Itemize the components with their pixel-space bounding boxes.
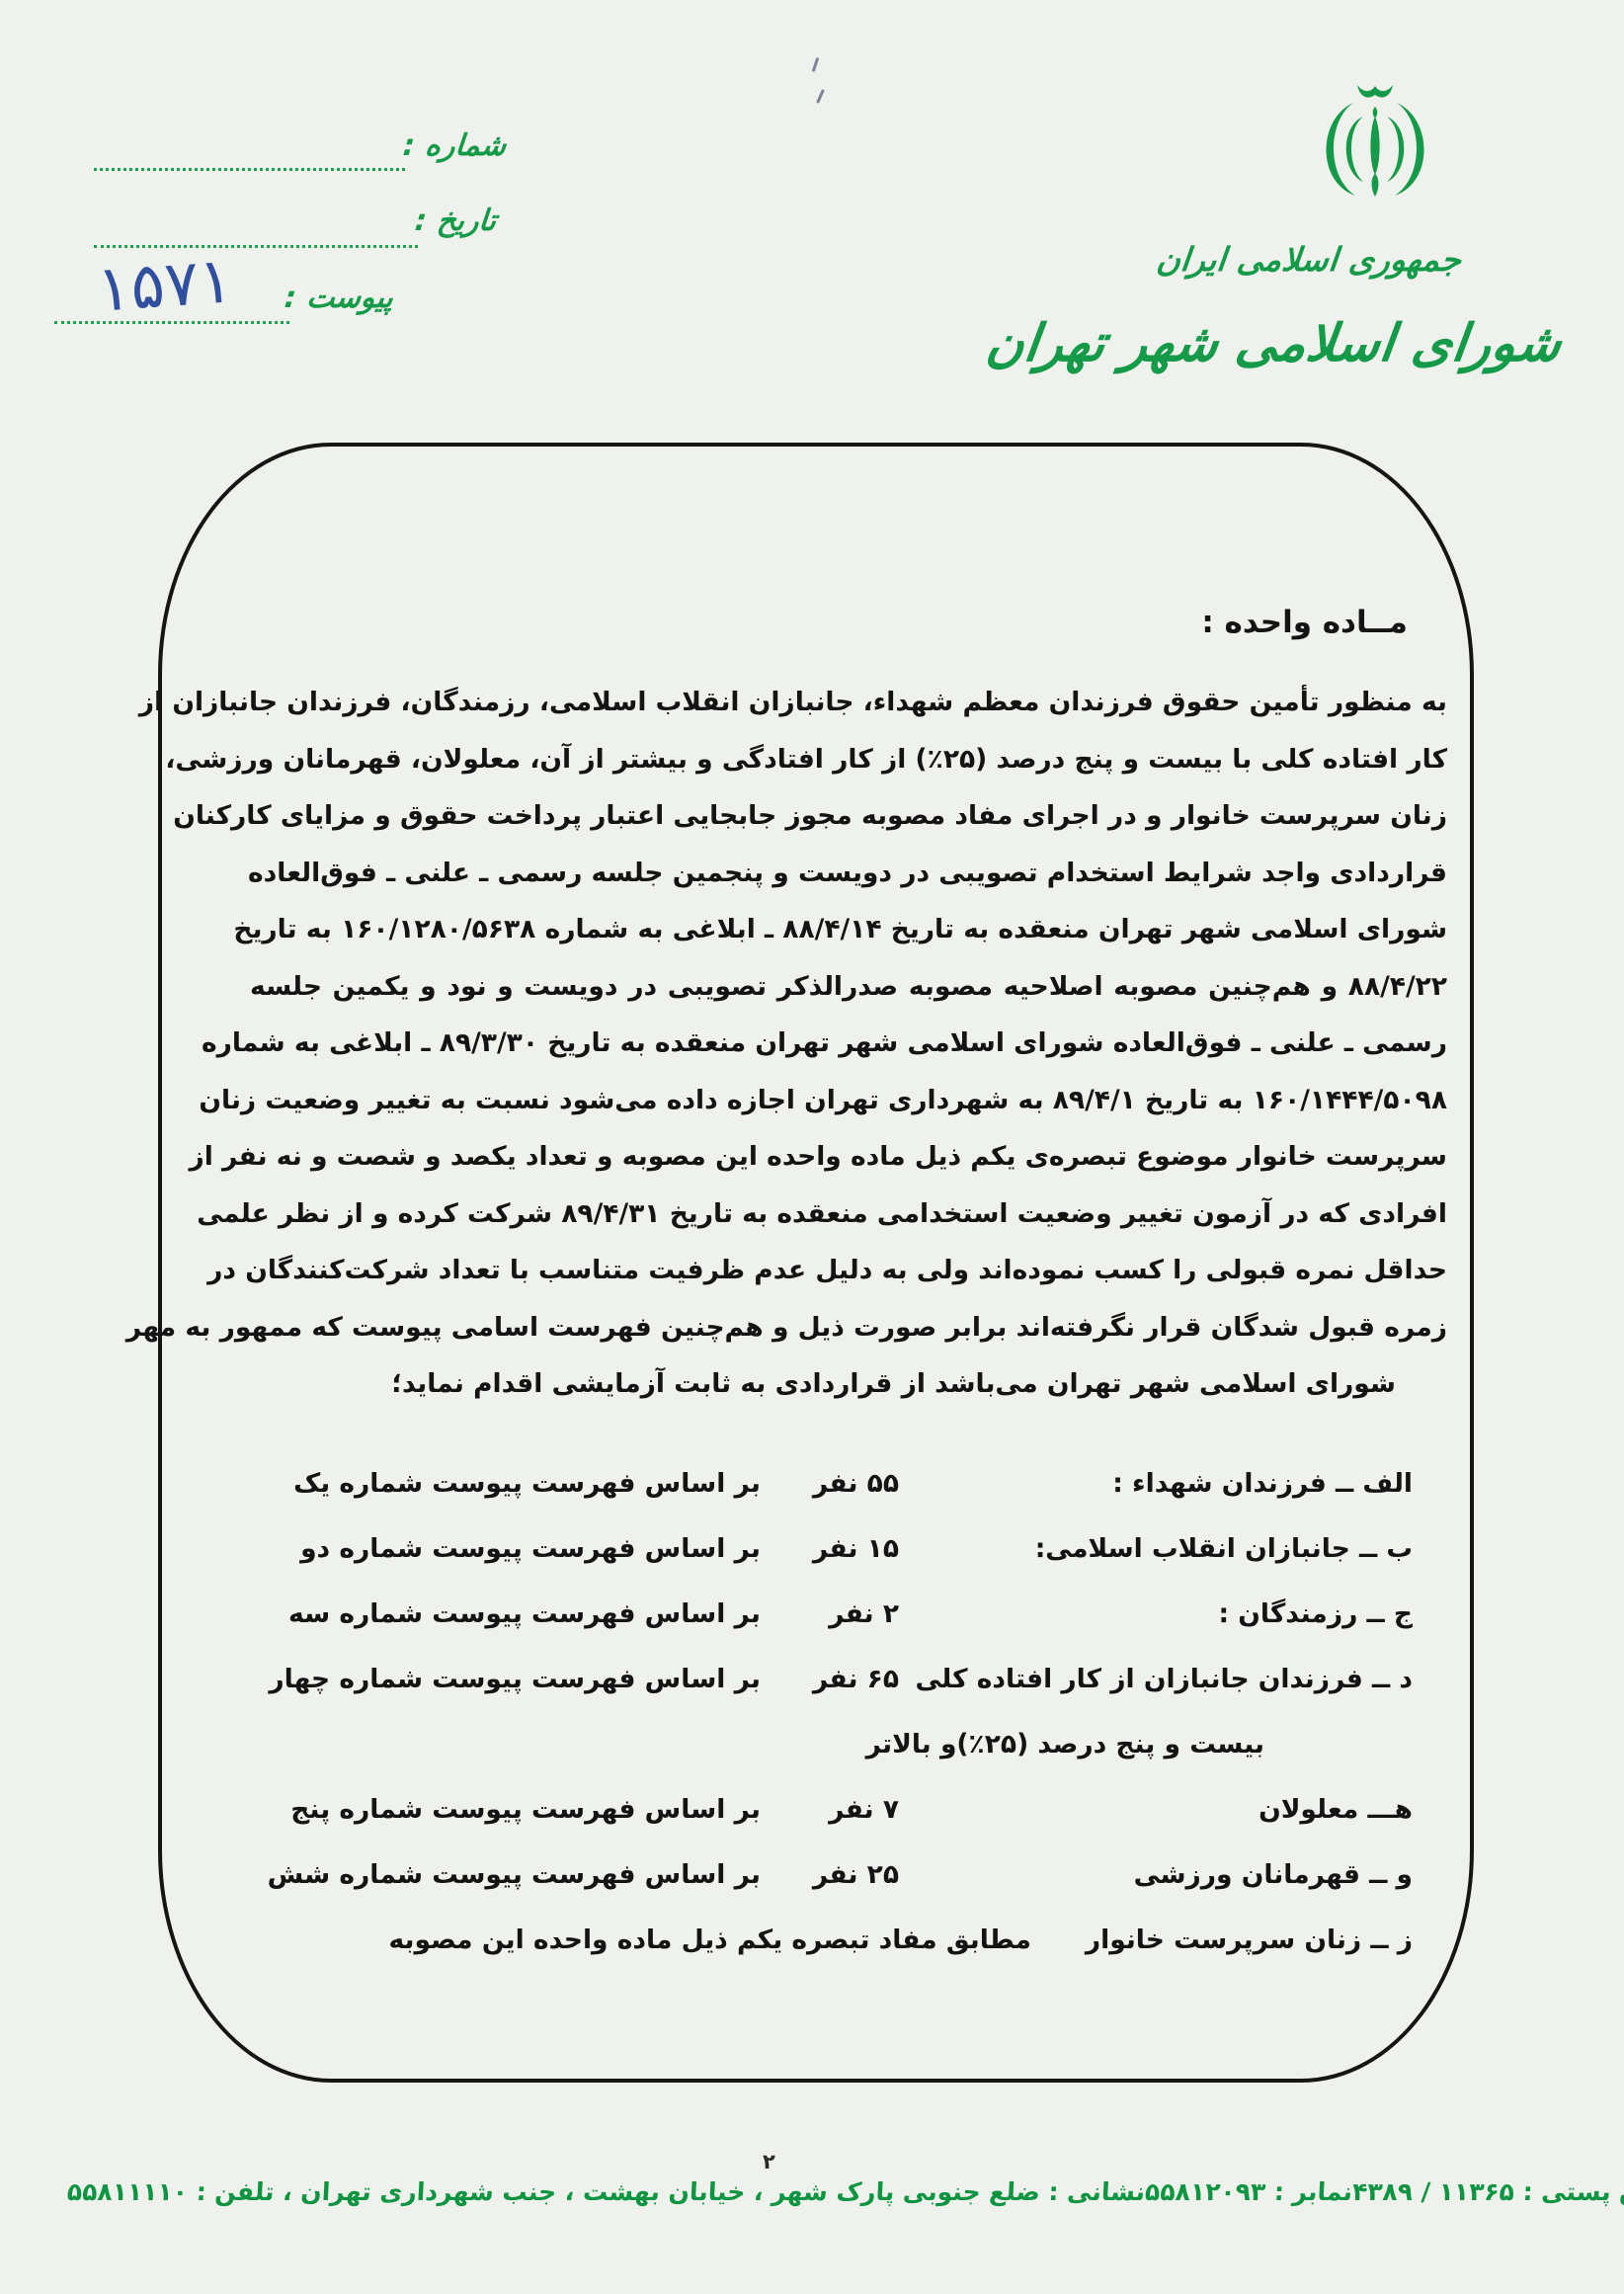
item-label: د ــ فرزندان جانبازان از کار افتاده کلی <box>899 1660 1413 1725</box>
item-count: ۶۵ نفر <box>761 1660 899 1725</box>
item-basis: بر اساس فهرست پیوست شماره چهار <box>252 1660 761 1725</box>
list-item-sport-champions: و ــ قهرمانان ورزشی ۲۵ نفر بر اساس فهرست… <box>252 1855 1413 1921</box>
allocation-list: الف ــ فرزندان شهداء : ۵۵ نفر بر اساس فه… <box>252 1464 1413 1986</box>
paragraph-line: به منظور تأمین حقوق فرزندان معظم شهداء، … <box>250 674 1447 731</box>
item-count: ۲ نفر <box>761 1595 899 1660</box>
item-count: ۵۵ نفر <box>761 1464 899 1529</box>
list-item-veterans: ب ــ جانبازان انقلاب اسلامی: ۱۵ نفر بر ا… <box>252 1529 1413 1595</box>
number-dotted-line <box>94 168 405 171</box>
list-item-combatants: ج ــ رزمندگان : ۲ نفر بر اساس فهرست پیوس… <box>252 1595 1413 1660</box>
paragraph-line: ۱۶۰/۱۴۴۴/۵۰۹۸ به تاریخ ۸۹/۴/۱ به شهرداری… <box>250 1072 1447 1129</box>
item-label: الف ــ فرزندان شهداء : <box>899 1464 1413 1529</box>
item-label: و ــ قهرمانان ورزشی <box>899 1855 1413 1921</box>
list-item-disabled: هـــ معلولان ۷ نفر بر اساس فهرست پیوست ش… <box>252 1790 1413 1855</box>
page-mark: ۲ <box>763 2150 775 2173</box>
item-basis: بر اساس فهرست پیوست شماره دو <box>252 1529 761 1595</box>
item-basis: بر اساس فهرست پیوست شماره سه <box>252 1595 761 1660</box>
date-dotted-line <box>94 245 418 248</box>
footer-fax: نمابر : ۵۵۸۱۲۰۹۳ <box>1144 2177 1352 2206</box>
body-paragraph: به منظور تأمین حقوق فرزندان معظم شهداء، … <box>250 674 1447 1413</box>
paragraph-line: افرادی که در آزمون تغییر وضعیت استخدامی … <box>250 1186 1447 1243</box>
paragraph-line: شورای اسلامی شهر تهران می‌باشد از قراردا… <box>250 1355 1447 1413</box>
list-item-disabled-veterans-children: د ــ فرزندان جانبازان از کار افتاده کلی … <box>252 1660 1413 1725</box>
council-title: شورای اسلامی شهر تهران <box>1063 314 1564 373</box>
item-basis: بر اساس فهرست پیوست شماره یک <box>252 1464 761 1529</box>
field-label-date: تاریخ : <box>413 204 497 238</box>
paragraph-line: شورای اسلامی شهر تهران منعقده به تاریخ ۸… <box>250 901 1447 958</box>
paragraph-line: سرپرست خانوار موضوع تبصره‌ی یکم ذیل ماده… <box>250 1128 1447 1186</box>
pen-mark-icon <box>812 57 819 72</box>
list-item-note: بیست و پنج درصد (۲۵٪)و بالاتر <box>252 1725 1413 1790</box>
field-label-number: شماره : <box>401 128 507 163</box>
paragraph-line: حداقل نمره قبولی را کسب نموده‌اند ولی به… <box>250 1242 1447 1299</box>
paragraph-line: زنان سرپرست خانوار و در اجرای مفاد مصوبه… <box>250 787 1447 845</box>
item-count: ۲۵ نفر <box>761 1855 899 1921</box>
field-label-attachment: پیوست : <box>283 281 394 315</box>
scanned-letter-page: جمهوری اسلامی ایران شورای اسلامی شهر تهر… <box>0 0 1624 2294</box>
paragraph-line: زمره قبول شدگان قرار نگرفته‌اند برابر صو… <box>250 1299 1447 1356</box>
iran-coat-of-arms-icon <box>1306 73 1444 229</box>
paragraph-line: قراردادی واجد شرایط استخدام تصویبی در دو… <box>250 845 1447 902</box>
item-label: هـــ معلولان <box>899 1790 1413 1855</box>
paragraph-line: رسمی ـ علنی ـ فوق‌العاده شورای اسلامی شه… <box>250 1015 1447 1072</box>
item-basis: بر اساس فهرست پیوست شماره پنج <box>252 1790 761 1855</box>
item-label: ز ــ زنان سرپرست خانوار <box>1086 1921 1413 1986</box>
paragraph-line: کار افتاده کلی با بیست و پنج درصد (۲۵٪) … <box>250 731 1447 788</box>
republic-title: جمهوری اسلامی ایران <box>1104 240 1513 279</box>
item-basis: مطابق مفاد تبصره یکم ذیل ماده واحده این … <box>388 1921 1030 1986</box>
item-basis: بر اساس فهرست پیوست شماره شش <box>252 1855 761 1921</box>
attachment-value-handwritten: ۱۵۷۱ <box>95 244 235 326</box>
list-item-martyrs-children: الف ــ فرزندان شهداء : ۵۵ نفر بر اساس فه… <box>252 1464 1413 1529</box>
item-count: ۱۵ نفر <box>761 1529 899 1595</box>
paragraph-line: ۸۸/۴/۲۲ و هم‌چنین مصوبه اصلاحیه مصوبه صد… <box>250 958 1447 1016</box>
single-article-heading: مــاده واحده : <box>1176 605 1408 640</box>
item-label: ب ــ جانبازان انقلاب اسلامی: <box>899 1529 1413 1595</box>
footer-po-box: صندوق پستی : ۱۱۳۶۵ / ۴۳۸۹ <box>1351 2177 1624 2206</box>
item-count: ۷ نفر <box>761 1790 899 1855</box>
list-item-women-heads-of-household: ز ــ زنان سرپرست خانوار مطابق مفاد تبصره… <box>252 1921 1413 1986</box>
pen-mark-icon <box>816 89 825 104</box>
item-label: ج ــ رزمندگان : <box>899 1595 1413 1660</box>
footer-address-phone: نشانی : ضلع جنوبی پارک شهر ، خیابان بهشت… <box>66 2177 1146 2206</box>
footer-address-line: نشانی : ضلع جنوبی پارک شهر ، خیابان بهشت… <box>66 2177 1558 2206</box>
